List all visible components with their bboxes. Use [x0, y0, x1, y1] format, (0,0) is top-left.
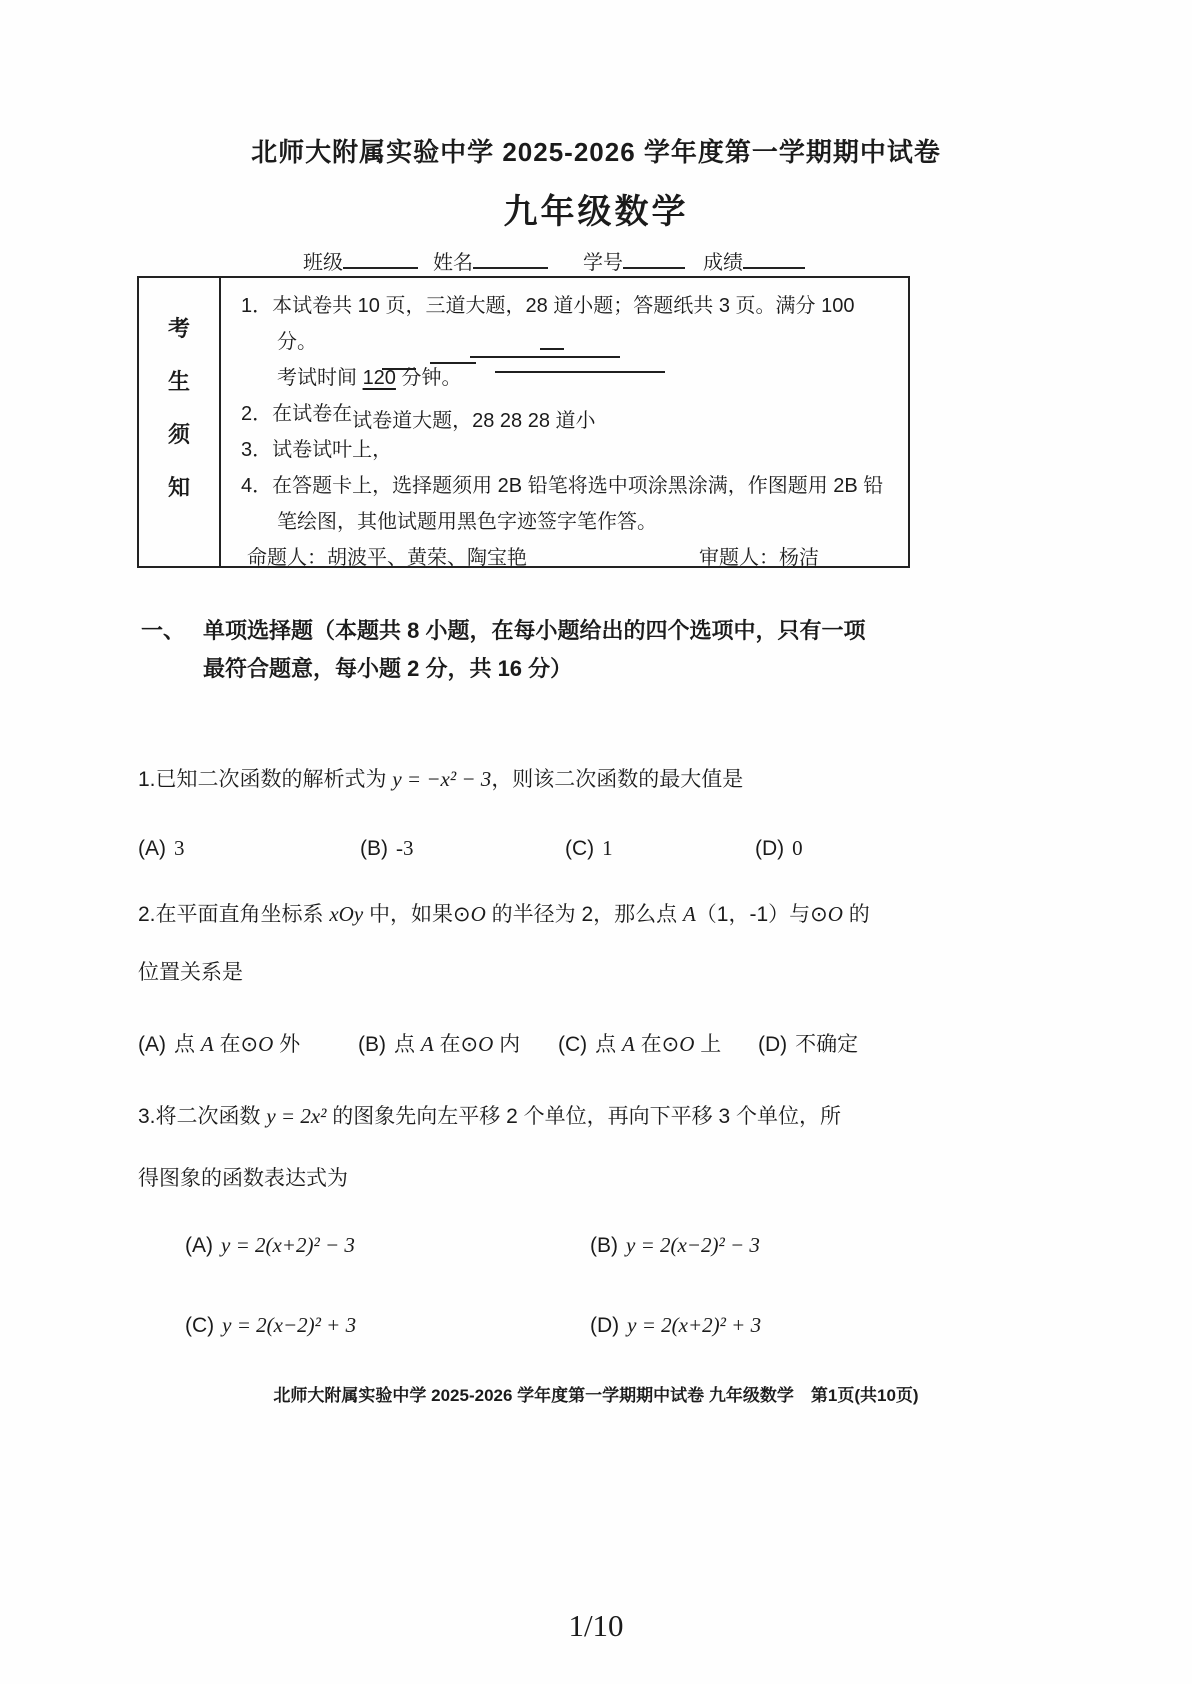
math-expression: y = −x² − 3 — [392, 767, 491, 791]
proposer-label: 命题人：胡波平、黄荣、陶宝艳 — [247, 540, 527, 576]
question-3-options-row-1: (A)y = 2(x+2)² − 3 (B)y = 2(x−2)² − 3 — [185, 1233, 760, 1258]
examinee-notice-side-label: 考 生 须 知 — [139, 278, 221, 566]
examinee-notice-box: 考 生 须 知 1．本试卷共 10 页，三道大题，28 道小题；答题纸共 3 页… — [137, 276, 910, 568]
question-1-option-b: (B)-3 — [360, 836, 565, 861]
notice-item-4-line-2: 笔绘图，其他试题用黑色字迹签字笔作答。 — [241, 504, 894, 540]
section-1-heading: 一、 单项选择题（本题共 8 小题，在每小题给出的四个选项中，只有一项 最符合题… — [141, 612, 931, 688]
question-2-stem-line-2: 位置关系是 — [138, 956, 243, 986]
math-expression: y = 2(x−2)² + 3 — [222, 1313, 356, 1337]
question-2-options: (A)点 A 在⊙O 外 (B)点 A 在⊙O 内 (C)点 A 在⊙O 上 (… — [138, 1028, 858, 1058]
question-2-option-b: (B)点 A 在⊙O 内 — [358, 1028, 558, 1058]
student-info-row: 班级姓名学号成绩 — [303, 246, 805, 275]
student-id-label: 学号 — [583, 252, 623, 274]
notice-item-2: 2．在试卷在试卷道大题，28 28 28 道小 — [241, 396, 894, 432]
question-1-stem: 1.已知二次函数的解析式为 y = −x² − 3，则该二次函数的最大值是 — [138, 763, 743, 793]
paper-authors-row: 命题人：胡波平、黄荣、陶宝艳 审题人：杨洁 — [241, 540, 894, 588]
question-3-option-b: (B)y = 2(x−2)² − 3 — [590, 1233, 760, 1258]
name-blank-line — [473, 250, 548, 269]
math-expression: A — [683, 902, 696, 926]
score-blank-line — [743, 250, 805, 269]
question-1-option-c: (C)1 — [565, 836, 755, 861]
scan-artifact-stroke — [495, 371, 665, 373]
question-2-option-a: (A)点 A 在⊙O 外 — [138, 1028, 358, 1058]
question-1-option-d: (D)0 — [755, 836, 803, 861]
question-3-option-a: (A)y = 2(x+2)² − 3 — [185, 1233, 590, 1258]
math-expression: y = 2x² — [266, 1104, 326, 1128]
math-expression: y = 2(x+2)² − 3 — [221, 1233, 355, 1257]
section-1-text: 单项选择题（本题共 8 小题，在每小题给出的四个选项中，只有一项 最符合题意，每… — [203, 612, 865, 688]
section-1-number: 一、 — [141, 612, 203, 688]
class-label: 班级 — [303, 252, 343, 274]
question-3-stem-line-2: 得图象的函数表达式为 — [138, 1162, 348, 1192]
examinee-notice-body: 1．本试卷共 10 页，三道大题，28 道小题；答题纸共 3 页。满分 100 … — [221, 278, 908, 566]
question-2-option-d: (D)不确定 — [758, 1028, 858, 1058]
exam-subtitle: 九年级数学 — [0, 184, 1192, 233]
math-expression: y = 2(x−2)² − 3 — [626, 1233, 760, 1257]
question-1-option-a: (A)3 — [138, 836, 360, 861]
math-expression: O — [828, 902, 843, 926]
math-expression: y = 2(x+2)² + 3 — [627, 1313, 761, 1337]
exam-title: 北师大附属实验中学 2025-2026 学年度第一学期期中试卷 — [0, 132, 1192, 169]
scan-artifact-stroke — [540, 348, 564, 350]
scan-artifact-stroke — [470, 356, 620, 358]
page-footer: 北师大附属实验中学 2025-2026 学年度第一学期期中试卷 九年级数学 第1… — [0, 1381, 1192, 1406]
student-id-blank-line — [623, 250, 685, 269]
question-1-options: (A)3 (B)-3 (C)1 (D)0 — [138, 836, 803, 861]
reviewer-label: 审题人：杨洁 — [699, 540, 819, 576]
question-3-option-d: (D)y = 2(x+2)² + 3 — [590, 1313, 761, 1338]
page-number: 1/10 — [0, 1608, 1192, 1644]
question-3-options-row-2: (C)y = 2(x−2)² + 3 (D)y = 2(x+2)² + 3 — [185, 1313, 761, 1338]
score-label: 成绩 — [703, 252, 743, 274]
math-expression: O — [471, 902, 486, 926]
question-2-stem: 2.在平面直角坐标系 xOy 中，如果⊙O 的半径为 2，那么点 A（1，-1）… — [138, 898, 870, 928]
class-blank-line — [343, 250, 418, 269]
exam-paper-page: 北师大附属实验中学 2025-2026 学年度第一学期期中试卷 九年级数学 班级… — [0, 0, 1192, 1684]
scan-artifact-stroke — [382, 368, 416, 370]
notice-item-1-line-2: 考试时间 120 分钟。 — [241, 360, 894, 396]
question-3-stem: 3.将二次函数 y = 2x² 的图象先向左平移 2 个单位，再向下平移 3 个… — [138, 1100, 841, 1130]
notice-item-1: 1．本试卷共 10 页，三道大题，28 道小题；答题纸共 3 页。满分 100 … — [241, 288, 894, 360]
math-expression: xOy — [329, 902, 363, 926]
notice-item-3: 3．试卷试叶上， — [241, 432, 894, 468]
scan-garbled-text: 试卷道大题，28 28 28 道小 — [352, 410, 595, 432]
scan-artifact-stroke — [430, 362, 476, 364]
question-3-option-c: (C)y = 2(x−2)² + 3 — [185, 1313, 590, 1338]
exam-duration-value: 120 — [363, 367, 396, 389]
notice-item-4: 4．在答题卡上，选择题须用 2B 铅笔将选中项涂黑涂满，作图题用 2B 铅 — [241, 468, 894, 504]
question-2-option-c: (C)点 A 在⊙O 上 — [558, 1028, 758, 1058]
name-label: 姓名 — [433, 252, 473, 274]
